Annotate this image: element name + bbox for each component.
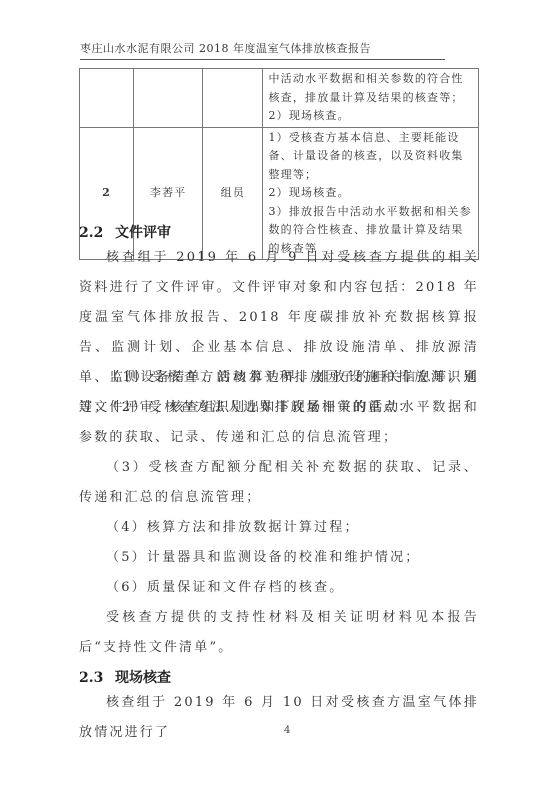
list-item: （3）受核查方配额分配相关补充数据的获取、记录、传递和汇总的信息流管理； bbox=[79, 453, 479, 513]
paragraph: 受核查方提供的支持性材料及相关证明材料见本报告后“支持性文件清单”。 bbox=[79, 603, 479, 663]
cell-no bbox=[80, 69, 134, 128]
cell-duties: 1）受核查方基本信息、主要耗能设备、计量设备的核查，以及资料收集整理等； 2）现… bbox=[263, 127, 479, 260]
list-item: （6）质量保证和文件存档的核查。 bbox=[79, 573, 479, 603]
section-number: 2.3 bbox=[79, 670, 115, 686]
list-item: （2）受核查方法人边界排放量相关的活动水平数据和参数的获取、记录、传递和汇总的信… bbox=[79, 393, 479, 453]
cell-role bbox=[203, 69, 263, 128]
section-heading-2-2: 2.2文件评审 bbox=[79, 222, 171, 242]
paragraph: 核查组于 2019 年 6 月 10 日对受核查方温室气体排放情况进行了 bbox=[79, 688, 479, 748]
section-title: 文件评审 bbox=[115, 225, 171, 241]
duty-line: 中活动水平数据和相关参数的符合性核查，排放量计算及结果的核查等； bbox=[268, 70, 473, 107]
section-number: 2.2 bbox=[79, 225, 115, 241]
list-item: （5）计量器具和监测设备的校准和维护情况； bbox=[79, 543, 479, 573]
section-title: 现场核查 bbox=[115, 670, 171, 686]
page-number: 4 bbox=[284, 725, 290, 736]
cell-role: 组员 bbox=[203, 127, 263, 260]
duty-line: 2）现场核查。 bbox=[268, 184, 473, 203]
duty-line: 2）现场核查。 bbox=[268, 107, 473, 126]
list-item: （4）核算方法和排放数据计算过程； bbox=[79, 513, 479, 543]
running-header: 枣庄山水水泥有限公司 2018 年度温室气体排放核查报告 bbox=[80, 40, 445, 60]
duty-line: 1）受核查方基本信息、主要耗能设备、计量设备的核查，以及资料收集整理等； bbox=[268, 129, 473, 185]
table-row: 中活动水平数据和相关参数的符合性核查，排放量计算及结果的核查等； 2）现场核查。 bbox=[80, 69, 479, 128]
cell-duties: 中活动水平数据和相关参数的符合性核查，排放量计算及结果的核查等； 2）现场核查。 bbox=[263, 69, 479, 128]
section-heading-2-3: 2.3现场核查 bbox=[79, 667, 171, 687]
cell-name bbox=[134, 69, 203, 128]
